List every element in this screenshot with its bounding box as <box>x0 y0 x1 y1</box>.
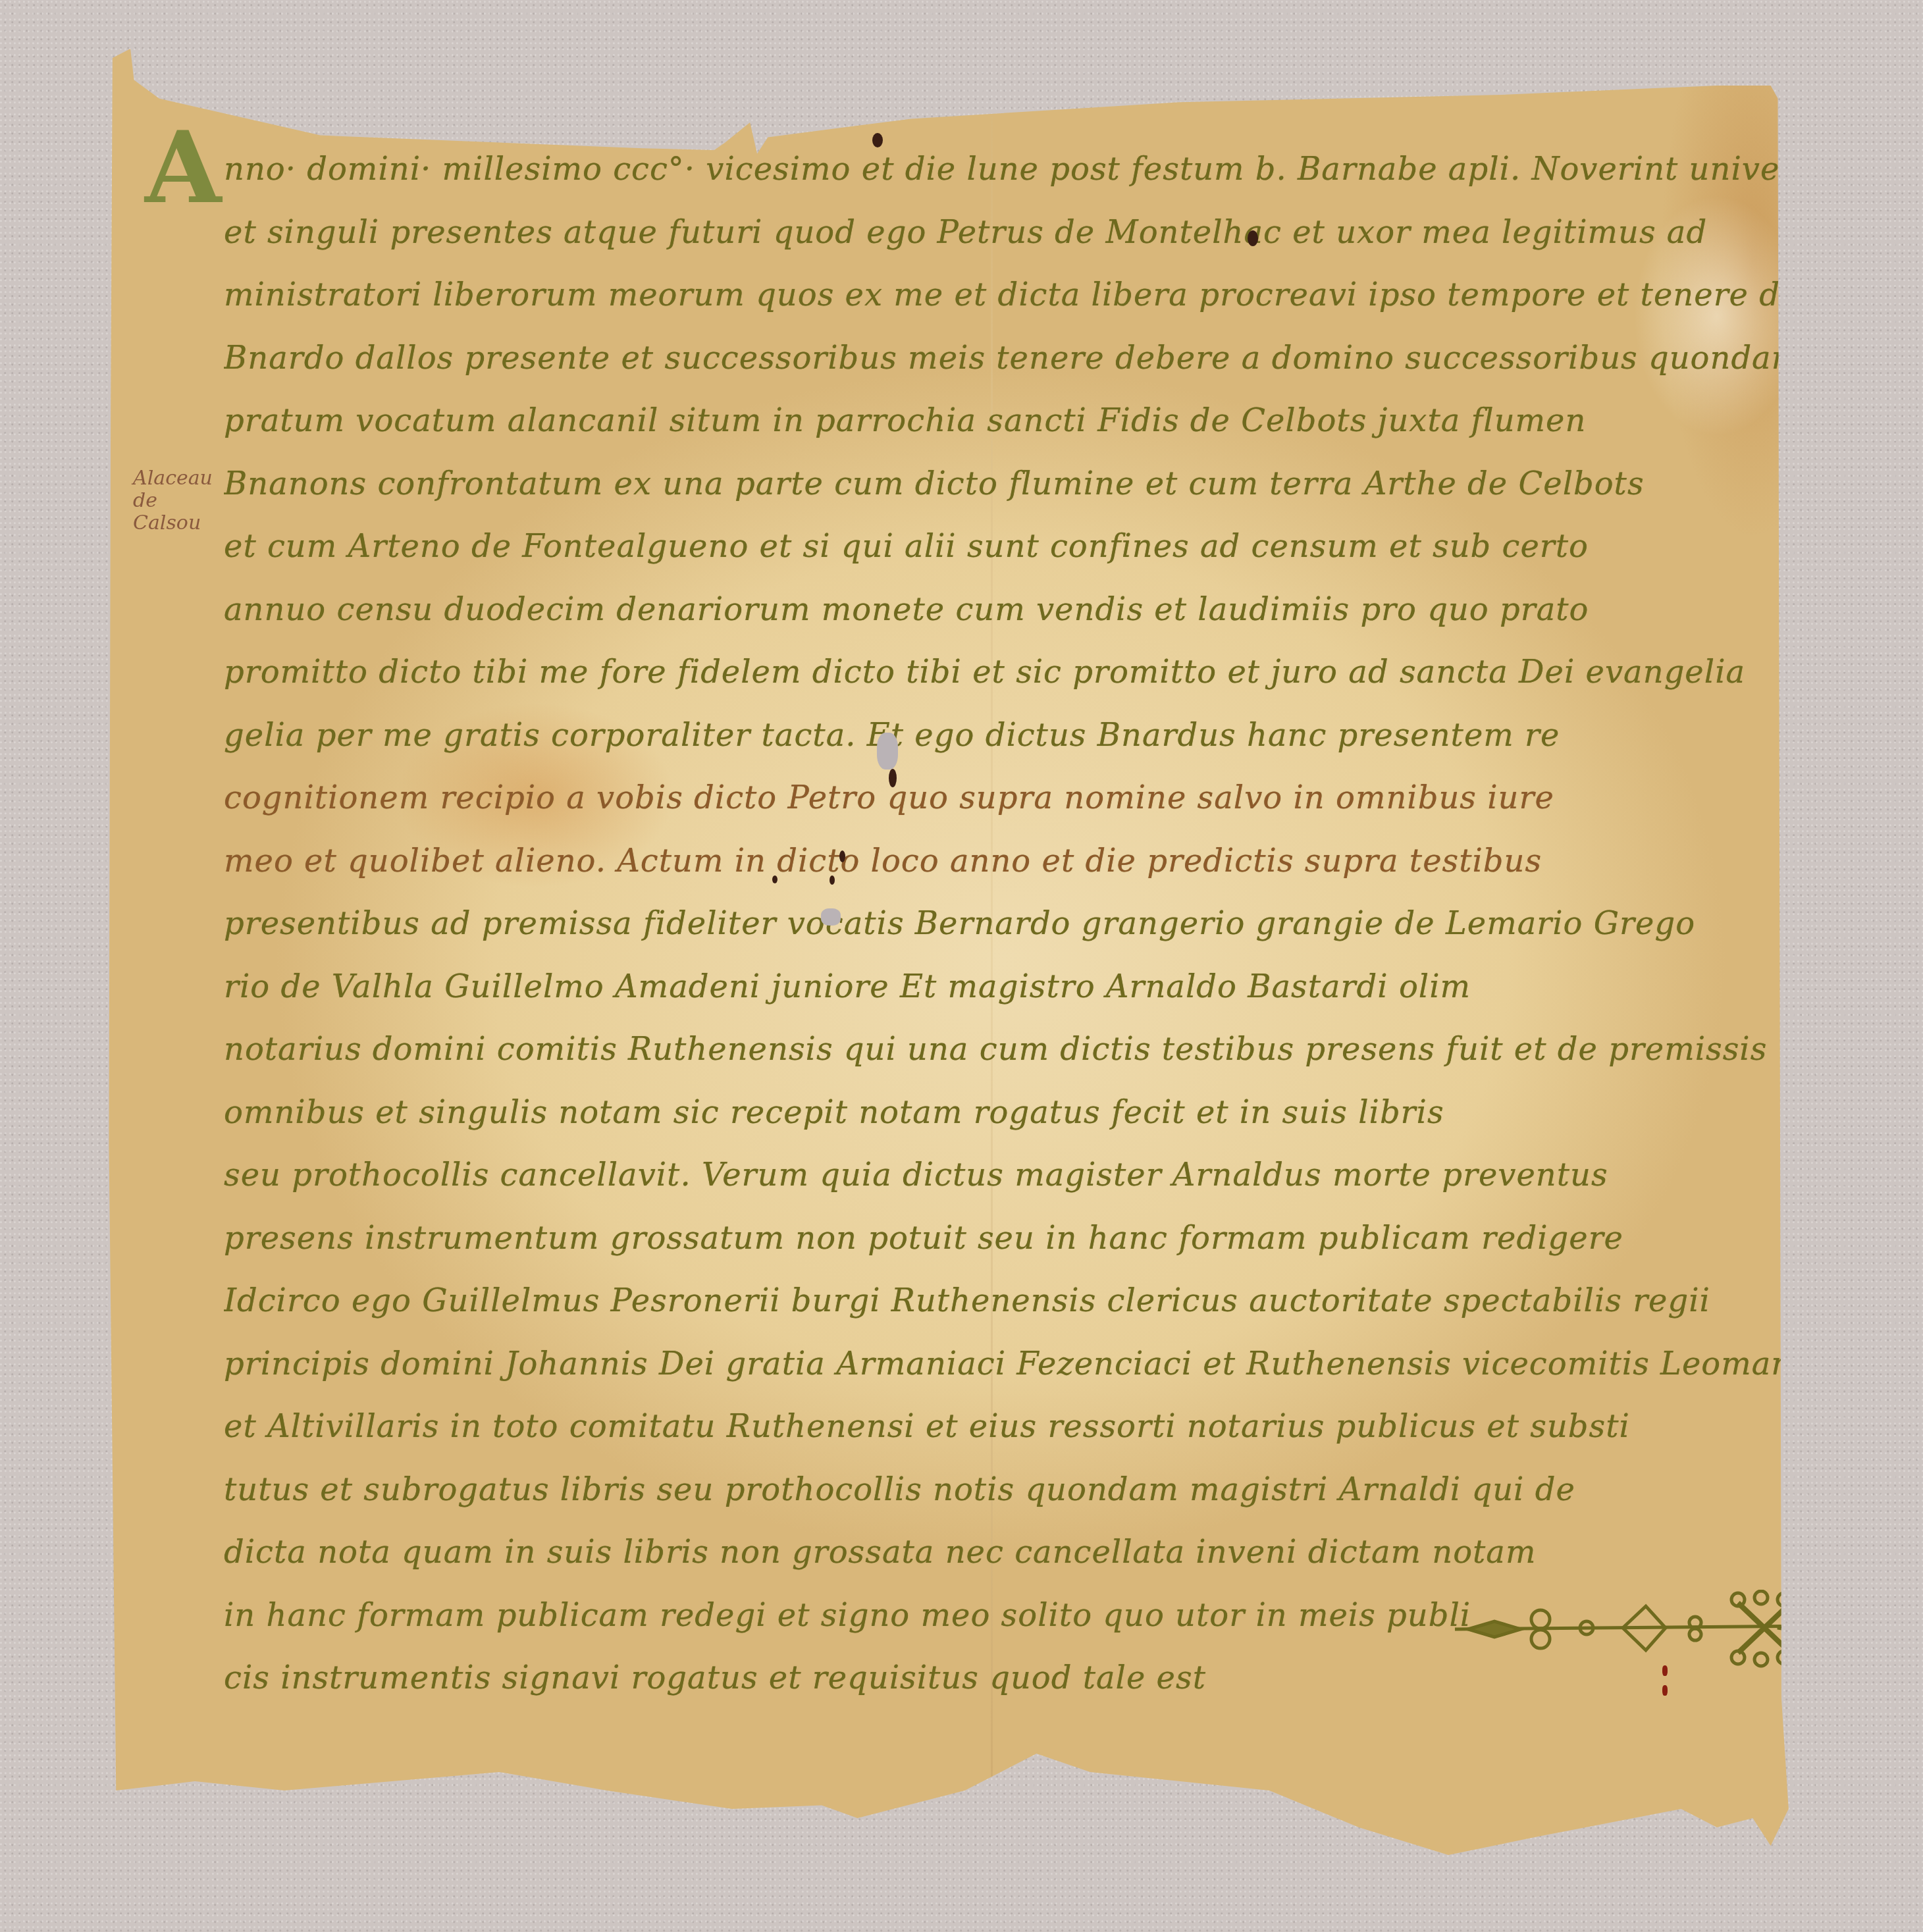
text-line: meo et quolibet alieno. Actum in dicto l… <box>224 830 1850 893</box>
annotation-line-2: Forcalquier <box>283 105 432 132</box>
text-line: et cum Arteno de Fontealgueno et si qui … <box>224 515 1850 579</box>
text-line: seu prothocollis cancellavit. Verum quia… <box>224 1144 1850 1207</box>
red-ink-mark <box>1662 1665 1668 1676</box>
parchment-tear <box>877 733 898 770</box>
hole-damage <box>772 875 777 883</box>
text-line: tutus et subrogatus libris seu prothocol… <box>224 1459 1850 1522</box>
text-line: pratum vocatum alancanil situm in parroc… <box>224 390 1850 453</box>
margin-note-line: de <box>133 490 213 512</box>
parchment-charter: Calassanc de Forcalquier 1320 Alaceau de… <box>105 39 1896 1883</box>
text-line: gelia per me gratis corporaliter tacta. … <box>224 704 1850 768</box>
hole-damage <box>839 850 845 862</box>
margin-note-line: Calsou <box>133 512 213 535</box>
text-line: et singuli presentes atque futuri quod e… <box>224 201 1850 265</box>
text-line: Idcirco ego Guillelmus Pesronerii burgi … <box>224 1270 1850 1333</box>
text-line: cognitionem recipio a vobis dicto Petro … <box>224 767 1850 830</box>
text-line: Bnanons confrontatum ex una parte cum di… <box>224 453 1850 516</box>
text-line: omnibus et singulis notam sic recepit no… <box>224 1082 1850 1145</box>
text-line: presens instrumentum grossatum non potui… <box>224 1207 1850 1270</box>
annotation-year: 1320 <box>402 87 475 120</box>
hole-damage <box>1248 230 1258 246</box>
text-line: rio de Valhla Guillelmo Amadeni juniore … <box>224 956 1850 1019</box>
parchment-tear <box>821 908 841 926</box>
hole-damage <box>830 875 835 885</box>
margin-note-line: Alaceau <box>133 467 213 490</box>
text-line: principis domini Johannis Dei gratia Arm… <box>224 1333 1850 1396</box>
text-line: presentibus ad premissa fideliter vocati… <box>224 893 1850 956</box>
footer-mark: B·B <box>961 1810 1026 1847</box>
hole-damage <box>889 769 897 787</box>
text-line: Bnardo dallos presente et successoribus … <box>224 327 1850 390</box>
text-line: nno· domini· millesimo ccc°· vicesimo et… <box>224 138 1850 201</box>
later-annotation-top: Calassanc de Forcalquier <box>283 79 432 132</box>
decorated-initial: A <box>145 118 217 217</box>
charter-text: nno· domini· millesimo ccc°· vicesimo et… <box>224 138 1850 1710</box>
text-line: dicta nota quam in suis libris non gross… <box>224 1521 1850 1584</box>
text-line: notarius domini comitis Ruthenensis qui … <box>224 1018 1850 1082</box>
hole-damage <box>872 133 883 147</box>
text-line: promitto dicto tibi me fore fidelem dict… <box>224 641 1850 704</box>
margin-annotation: Alaceau de Calsou <box>133 467 213 535</box>
text-line: annuo censu duodecim denariorum monete c… <box>224 579 1850 642</box>
annotation-line-1: Calassanc de <box>283 79 432 105</box>
red-ink-mark <box>1662 1685 1668 1696</box>
text-line: et Altivillaris in toto comitatu Ruthene… <box>224 1396 1850 1459</box>
notary-signum-icon <box>1455 1590 1916 1669</box>
text-line: ministratori liberorum meorum quos ex me… <box>224 264 1850 327</box>
